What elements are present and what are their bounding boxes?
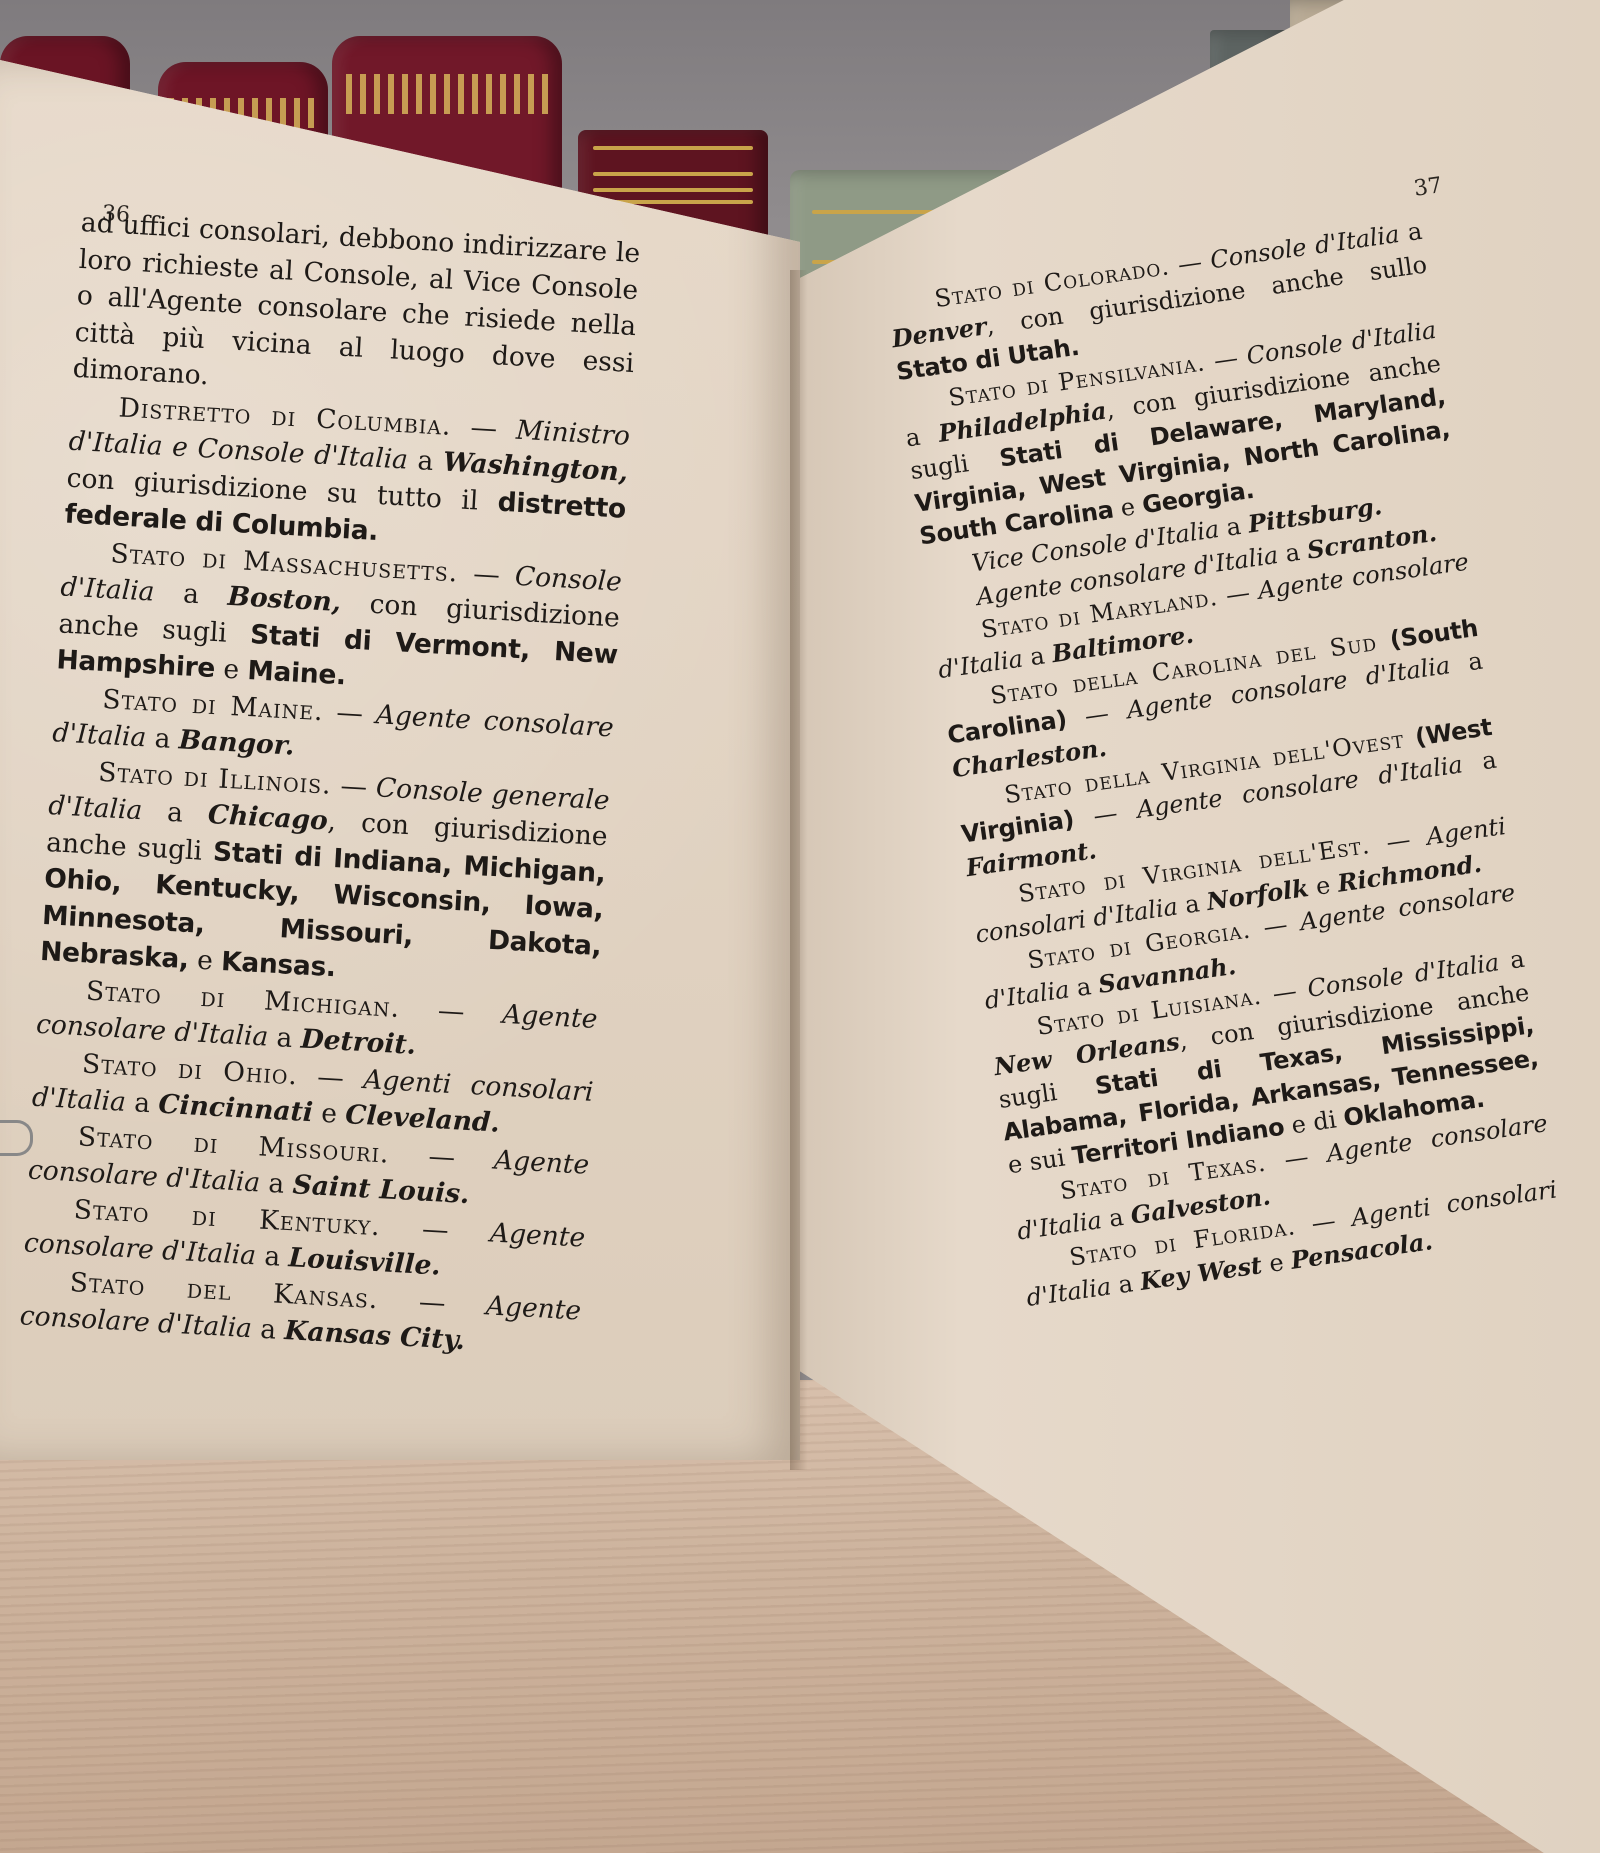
text: ad uffici consolari, debbono indirizzare…: [72, 207, 641, 391]
city-name: Washington,: [442, 447, 629, 488]
metal-clip: [0, 1120, 33, 1156]
city-name: Kansas City.: [284, 1315, 466, 1356]
text: a: [267, 1022, 301, 1055]
text: a: [1448, 647, 1484, 679]
text: e di: [1282, 1104, 1345, 1140]
text: a: [1397, 217, 1424, 248]
text: e: [1260, 1247, 1293, 1279]
text: —: [389, 1138, 495, 1175]
text: —: [451, 410, 517, 445]
text: e: [214, 653, 248, 686]
text: e: [1307, 870, 1340, 902]
city-name: Saint Louis.: [292, 1169, 470, 1210]
text: a: [141, 795, 209, 830]
text: a: [145, 722, 179, 755]
consulate-entry: Stato di Illinois. — Console generale d'…: [39, 752, 610, 1002]
text: —: [1260, 975, 1310, 1009]
text: a: [154, 577, 229, 612]
text: —: [399, 993, 503, 1030]
jurisdiction: Kansas.: [220, 946, 336, 983]
left-page-text: ad uffici consolari, debbono indirizzare…: [19, 205, 641, 1366]
text: —: [380, 1211, 491, 1248]
text: a: [1067, 971, 1100, 1003]
text: a: [251, 1313, 285, 1346]
city-name: Detroit.: [300, 1024, 417, 1061]
text: —: [323, 696, 377, 730]
text: a: [1461, 746, 1499, 778]
city-name: Louisville.: [288, 1242, 442, 1281]
text: e: [312, 1097, 346, 1130]
text: a: [1021, 640, 1054, 672]
city-name: Chicago: [207, 799, 328, 837]
text: —: [1203, 342, 1249, 376]
text: e: [188, 944, 222, 977]
city-name: Cleveland.: [345, 1099, 501, 1139]
text: —: [1368, 823, 1429, 859]
text: a: [1217, 511, 1250, 543]
text: a: [1109, 1268, 1142, 1300]
text: —: [297, 1060, 364, 1095]
text: —: [1216, 577, 1260, 610]
text: e: [1111, 491, 1144, 523]
page-number-right: 37: [1412, 173, 1443, 202]
text: —: [457, 557, 515, 591]
text: a: [1276, 537, 1309, 569]
city-name: Cincinnati: [158, 1089, 314, 1129]
text: —: [378, 1284, 487, 1321]
text: a: [1176, 888, 1209, 920]
text: a: [407, 445, 444, 478]
text: —: [1264, 1140, 1329, 1176]
text: —: [1167, 247, 1212, 280]
text: a: [1100, 1202, 1133, 1234]
text: —: [331, 769, 377, 802]
paragraph: ad uffici consolari, debbono indirizzare…: [72, 205, 641, 418]
text: a: [904, 420, 941, 452]
text: a: [125, 1087, 159, 1120]
city-name: Boston,: [227, 581, 342, 618]
text: —: [1249, 909, 1302, 944]
text: a: [255, 1240, 289, 1273]
text: —: [1294, 1204, 1354, 1240]
jurisdiction: Maine.: [247, 655, 347, 691]
city-name: Bangor.: [178, 724, 295, 761]
text: a: [259, 1167, 293, 1200]
text: —: [1072, 796, 1139, 833]
book-gutter: [790, 270, 812, 1470]
text: —: [1065, 697, 1129, 733]
text: a: [1497, 945, 1526, 976]
